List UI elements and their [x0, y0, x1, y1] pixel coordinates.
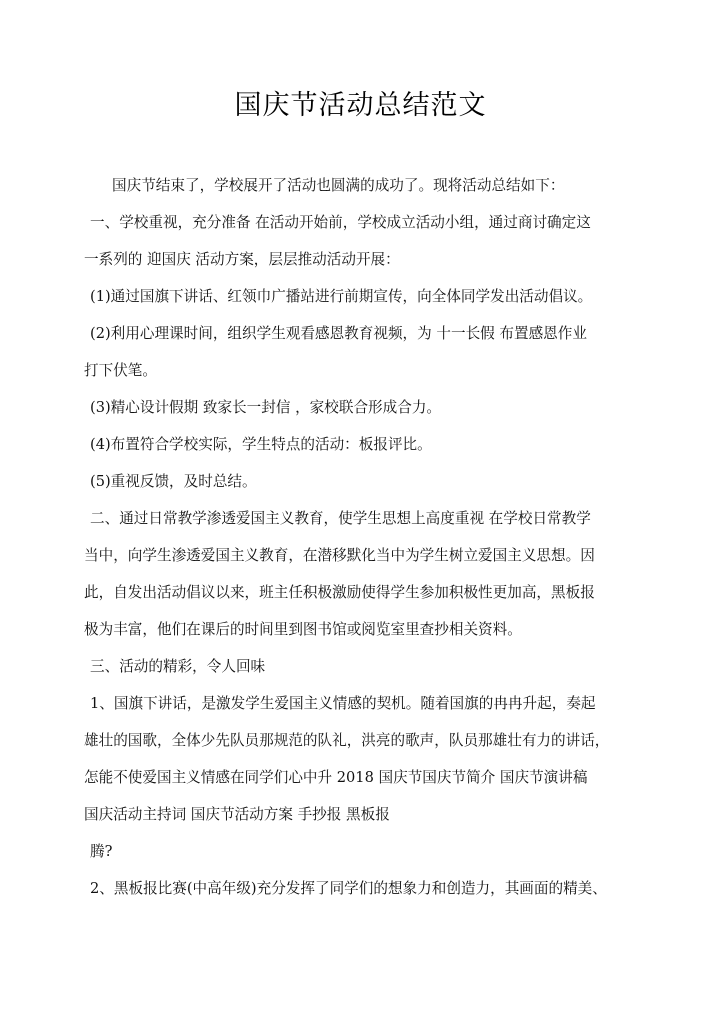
paragraph-line: 极为丰富，他们在课后的时间里到图书馆或阅览室里查抄相关资料。: [84, 611, 640, 648]
paragraph-line: 当中，向学生渗透爱国主义教育，在潜移默化当中为学生树立爱国主义思想。因: [84, 537, 640, 574]
paragraph-line: 国庆节结束了，学校展开了活动也圆满的成功了。现将活动总结如下：: [84, 167, 640, 204]
paragraph-line: 1、国旗下讲话，是激发学生爱国主义情感的契机。随着国旗的冉冉升起，奏起: [84, 685, 640, 722]
paragraph-line: 一系列的 迎国庆 活动方案，层层推动活动开展：: [84, 241, 640, 278]
paragraph-line: (5)重视反馈，及时总结。: [84, 463, 640, 500]
document-body: 国庆节结束了，学校展开了活动也圆满的成功了。现将活动总结如下： 一、学校重视，充…: [84, 167, 640, 907]
paragraph-line: 打下伏笔。: [84, 352, 640, 389]
paragraph-line: 三、活动的精彩，令人回味: [84, 648, 640, 685]
paragraph-line: (4)布置符合学校实际，学生特点的活动：板报评比。: [84, 426, 640, 463]
paragraph-line: (3)精心设计假期 致家长一封信 ，家校联合形成合力。: [84, 389, 640, 426]
paragraph-line: 一、学校重视，充分准备 在活动开始前，学校成立活动小组，通过商讨确定这: [84, 204, 640, 241]
paragraph-line: (1)通过国旗下讲话、红领巾广播站进行前期宣传，向全体同学发出活动倡议。: [84, 278, 640, 315]
paragraph-line: 雄壮的国歌，全体少先队员那规范的队礼，洪亮的歌声，队员那雄壮有力的讲话，: [84, 722, 640, 759]
paragraph-line: 怎能不使爱国主义情感在同学们心中升 2018 国庆节国庆节简介 国庆节演讲稿: [84, 759, 640, 796]
paragraph-line: 腾?: [84, 833, 640, 870]
document-title: 国庆节活动总结范文: [0, 88, 721, 124]
paragraph-line: 此，自发出活动倡议以来，班主任积极激励使得学生参加积极性更加高，黑板报: [84, 574, 640, 611]
paragraph-line: 2、黑板报比赛(中高年级)充分发挥了同学们的想象力和创造力，其画面的精美、: [84, 870, 640, 907]
paragraph-line: 二、通过日常教学渗透爱国主义教育，使学生思想上高度重视 在学校日常教学: [84, 500, 640, 537]
paragraph-line: (2)利用心理课时间，组织学生观看感恩教育视频，为 十一长假 布置感恩作业: [84, 315, 640, 352]
paragraph-line: 国庆活动主持词 国庆节活动方案 手抄报 黑板报: [84, 796, 640, 833]
